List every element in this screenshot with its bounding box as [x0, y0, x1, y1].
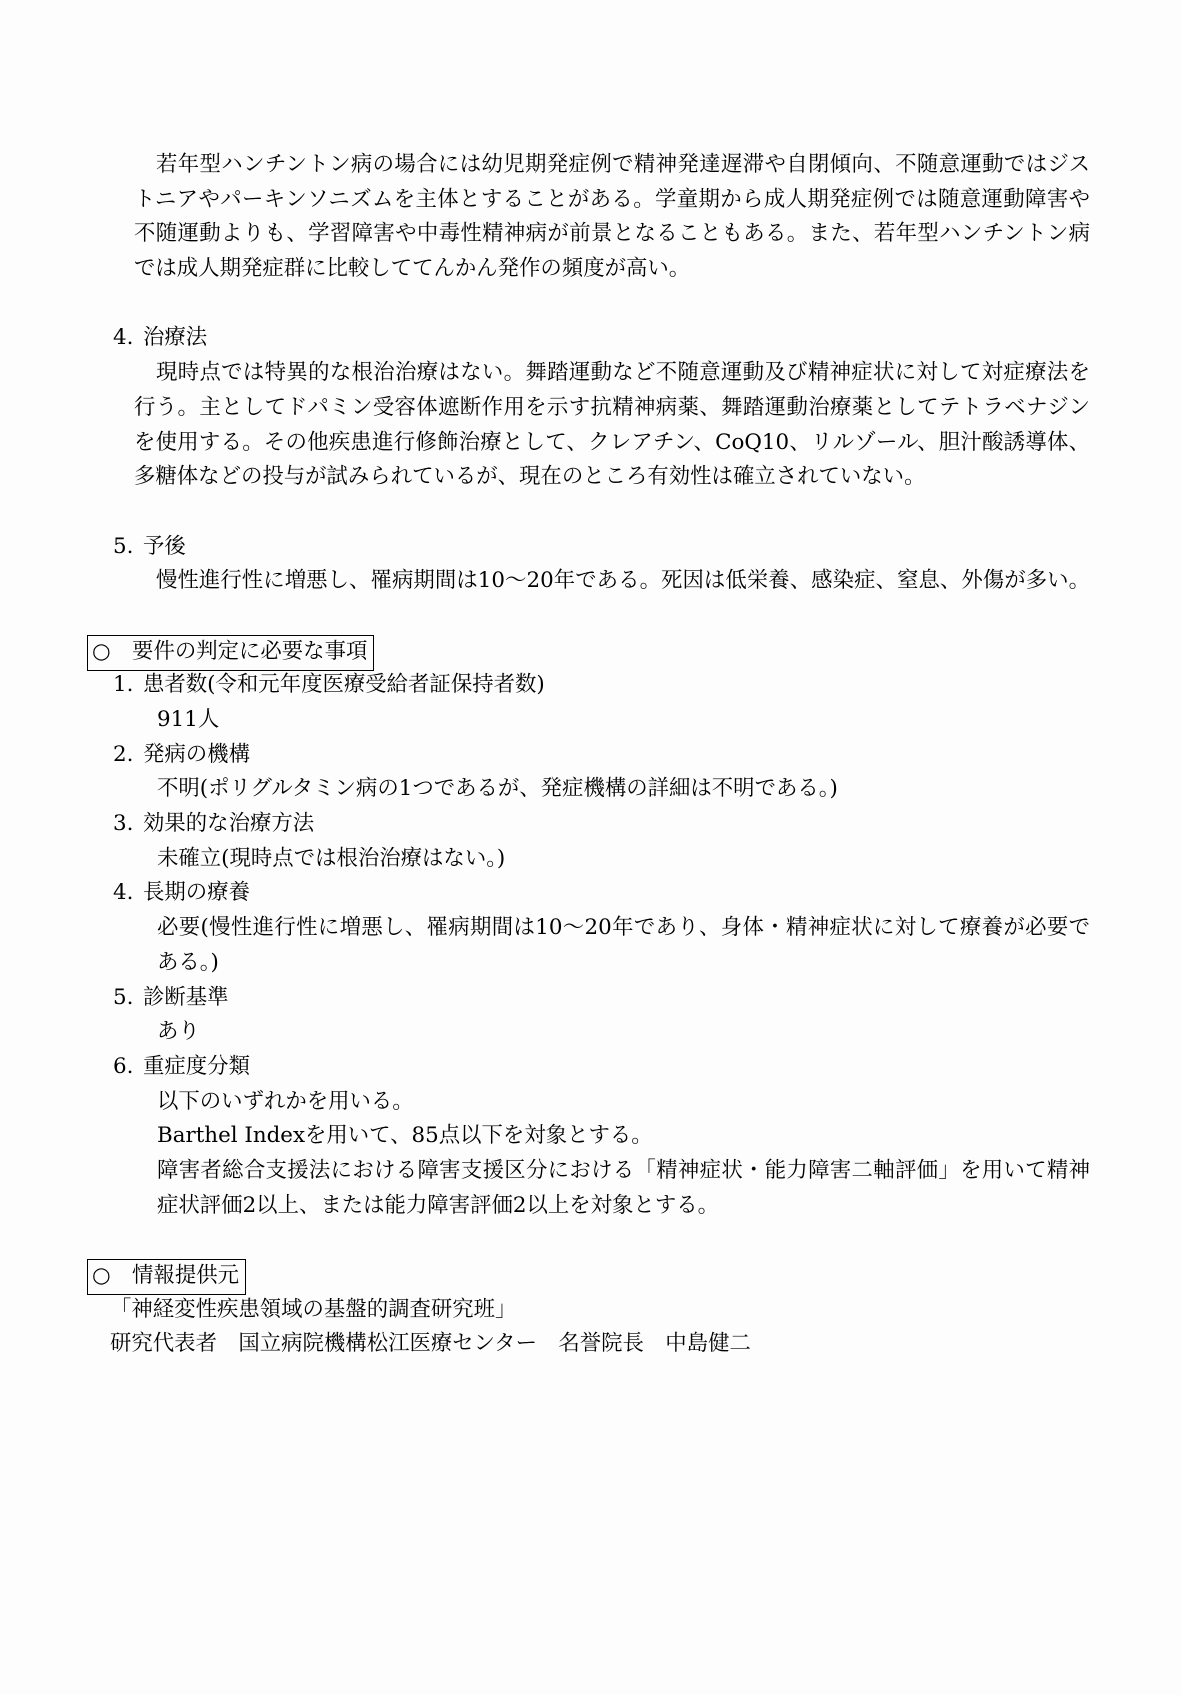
- blank-line: [0, 599, 1181, 634]
- criteria-item-answer: 未確立(現時点では根治治療はない。): [157, 842, 1090, 877]
- document-page: 若年型ハンチントン病の場合には幼児期発症例で精神発達遅滞や自閉傾向、不随意運動で…: [0, 0, 1181, 1695]
- document-content: 若年型ハンチントン病の場合には幼児期発症例で精神発達遅滞や自閉傾向、不随意運動で…: [0, 0, 1181, 1362]
- criteria-item-diagnostic-criteria: 5.診断基準 あり: [0, 981, 1181, 1050]
- criteria-item-severity: 6.重症度分類 以下のいずれかを用いる。Barthel Indexを用いて、85…: [0, 1050, 1181, 1223]
- criteria-item-heading: 4.長期の療養: [113, 876, 1181, 911]
- text-line: 行う。主としてドパミン受容体遮断作用を示す抗精神病薬、舞踏運動治療薬としてテトラ…: [134, 391, 1090, 426]
- text-line: トニアやパーキンソニズムを主体とすることがある。学童期から成人期発症例では随意運…: [134, 183, 1090, 218]
- text-line: 症状評価2以上、または能力障害評価2以上を対象とする。: [157, 1189, 1090, 1224]
- intro-paragraph: 若年型ハンチントン病の場合には幼児期発症例で精神発達遅滞や自閉傾向、不随意運動で…: [134, 148, 1090, 287]
- text-line: では成人期発症群に比較しててんかん発作の頻度が高い。: [134, 252, 1090, 287]
- criteria-item-number: 2.: [113, 738, 143, 773]
- criteria-item-heading: 6.重症度分類: [113, 1050, 1181, 1085]
- text-line: を使用する。その他疾患進行修飾治療として、クレアチン、CoQ10、リルゾール、胆…: [134, 426, 1090, 461]
- source-info: 「神経変性疾患領域の基盤的調査研究班」研究代表者 国立病院機構松江医療センター …: [110, 1293, 1181, 1362]
- source-section: ○ 情報提供元 「神経変性疾患領域の基盤的調査研究班」研究代表者 国立病院機構松…: [0, 1258, 1181, 1362]
- criteria-item-answer: 不明(ポリグルタミン病の1つであるが、発症機構の詳細は不明である。): [157, 772, 1090, 807]
- criteria-box-line: ○ 要件の判定に必要な事項: [87, 634, 1181, 669]
- section-number: 4.: [113, 321, 143, 356]
- section-title: 治療法: [143, 325, 207, 350]
- text-line: 研究代表者 国立病院機構松江医療センター 名誉院長 中島健二: [110, 1327, 1181, 1362]
- text-line: 現時点では特異的な根治治療はない。舞踏運動など不随意運動及び精神症状に対して対症…: [134, 356, 1090, 391]
- text-line: 以下のいずれかを用いる。: [157, 1085, 1090, 1120]
- criteria-item-answer: 必要(慢性進行性に増悪し、罹病期間は10～20年であり、身体・精神症状に対して療…: [157, 911, 1090, 980]
- section-heading: 5.予後: [113, 530, 1181, 565]
- text-line: 必要(慢性進行性に増悪し、罹病期間は10～20年であり、身体・精神症状に対して療…: [157, 911, 1090, 946]
- text-line: 「神経変性疾患領域の基盤的調査研究班」: [110, 1293, 1181, 1328]
- boxed-heading-criteria: ○ 要件の判定に必要な事項: [87, 635, 374, 671]
- text-line: 不随運動よりも、学習障害や中毒性精神病が前景となることもある。また、若年型ハンチ…: [134, 217, 1090, 252]
- section-body: 現時点では特異的な根治治療はない。舞踏運動など不随意運動及び精神症状に対して対症…: [134, 356, 1090, 495]
- section-body: 慢性進行性に増悪し、罹病期間は10～20年である。死因は低栄養、感染症、窒息、外…: [134, 564, 1090, 599]
- section-number: 5.: [113, 530, 143, 565]
- blank-line: [0, 287, 1181, 322]
- criteria-item-answer: 以下のいずれかを用いる。Barthel Indexを用いて、85点以下を対象とす…: [157, 1085, 1090, 1224]
- criteria-section: ○ 要件の判定に必要な事項 1.患者数(令和元年度医療受給者証保持者数) 911…: [0, 634, 1181, 1224]
- blank-line: [0, 495, 1181, 530]
- text-line: 障害者総合支援法における障害支援区分における「精神症状・能力障害二軸評価」を用い…: [157, 1154, 1090, 1189]
- criteria-item-number: 3.: [113, 807, 143, 842]
- criteria-item-label: 重症度分類: [143, 1054, 250, 1079]
- criteria-item-mechanism: 2.発病の機構 不明(ポリグルタミン病の1つであるが、発症機構の詳細は不明である…: [0, 738, 1181, 807]
- blank-line: [0, 1223, 1181, 1258]
- section-title: 予後: [143, 534, 186, 559]
- criteria-item-label: 診断基準: [143, 985, 229, 1010]
- criteria-item-label: 発病の機構: [143, 742, 250, 767]
- criteria-item-heading: 2.発病の機構: [113, 738, 1181, 773]
- source-box-line: ○ 情報提供元: [87, 1258, 1181, 1293]
- criteria-item-number: 1.: [113, 668, 143, 703]
- section-prognosis: 5.予後 慢性進行性に増悪し、罹病期間は10～20年である。死因は低栄養、感染症…: [0, 530, 1181, 599]
- criteria-item-answer: あり: [157, 1015, 1090, 1050]
- section-treatment: 4.治療法 現時点では特異的な根治治療はない。舞踏運動など不随意運動及び精神症状…: [0, 321, 1181, 494]
- criteria-item-label: 効果的な治療方法: [143, 811, 314, 836]
- text-line: 不明(ポリグルタミン病の1つであるが、発症機構の詳細は不明である。): [157, 772, 1090, 807]
- section-heading: 4.治療法: [113, 321, 1181, 356]
- criteria-item-answer: 911人: [157, 703, 1090, 738]
- criteria-item-longterm-care: 4.長期の療養 必要(慢性進行性に増悪し、罹病期間は10～20年であり、身体・精…: [0, 876, 1181, 980]
- text-line: Barthel Indexを用いて、85点以下を対象とする。: [157, 1119, 1090, 1154]
- criteria-item-number: 4.: [113, 876, 143, 911]
- text-line: あり: [157, 1015, 1090, 1050]
- criteria-item-heading: 1.患者数(令和元年度医療受給者証保持者数): [113, 668, 1181, 703]
- criteria-item-patients: 1.患者数(令和元年度医療受給者証保持者数) 911人: [0, 668, 1181, 737]
- text-line: 未確立(現時点では根治治療はない。): [157, 842, 1090, 877]
- criteria-item-heading: 5.診断基準: [113, 981, 1181, 1016]
- criteria-item-number: 6.: [113, 1050, 143, 1085]
- text-line: 911人: [157, 703, 1090, 738]
- boxed-heading-source: ○ 情報提供元: [87, 1259, 246, 1295]
- criteria-item-label: 患者数(令和元年度医療受給者証保持者数): [143, 672, 545, 697]
- text-line: ある。): [157, 946, 1090, 981]
- text-line: 若年型ハンチントン病の場合には幼児期発症例で精神発達遅滞や自閉傾向、不随意運動で…: [134, 148, 1090, 183]
- criteria-item-heading: 3.効果的な治療方法: [113, 807, 1181, 842]
- text-line: 多糖体などの投与が試みられているが、現在のところ有効性は確立されていない。: [134, 460, 1090, 495]
- text-line: 慢性進行性に増悪し、罹病期間は10～20年である。死因は低栄養、感染症、窒息、外…: [134, 564, 1090, 599]
- criteria-item-treatment: 3.効果的な治療方法 未確立(現時点では根治治療はない。): [0, 807, 1181, 876]
- criteria-item-label: 長期の療養: [143, 880, 250, 905]
- criteria-item-number: 5.: [113, 981, 143, 1016]
